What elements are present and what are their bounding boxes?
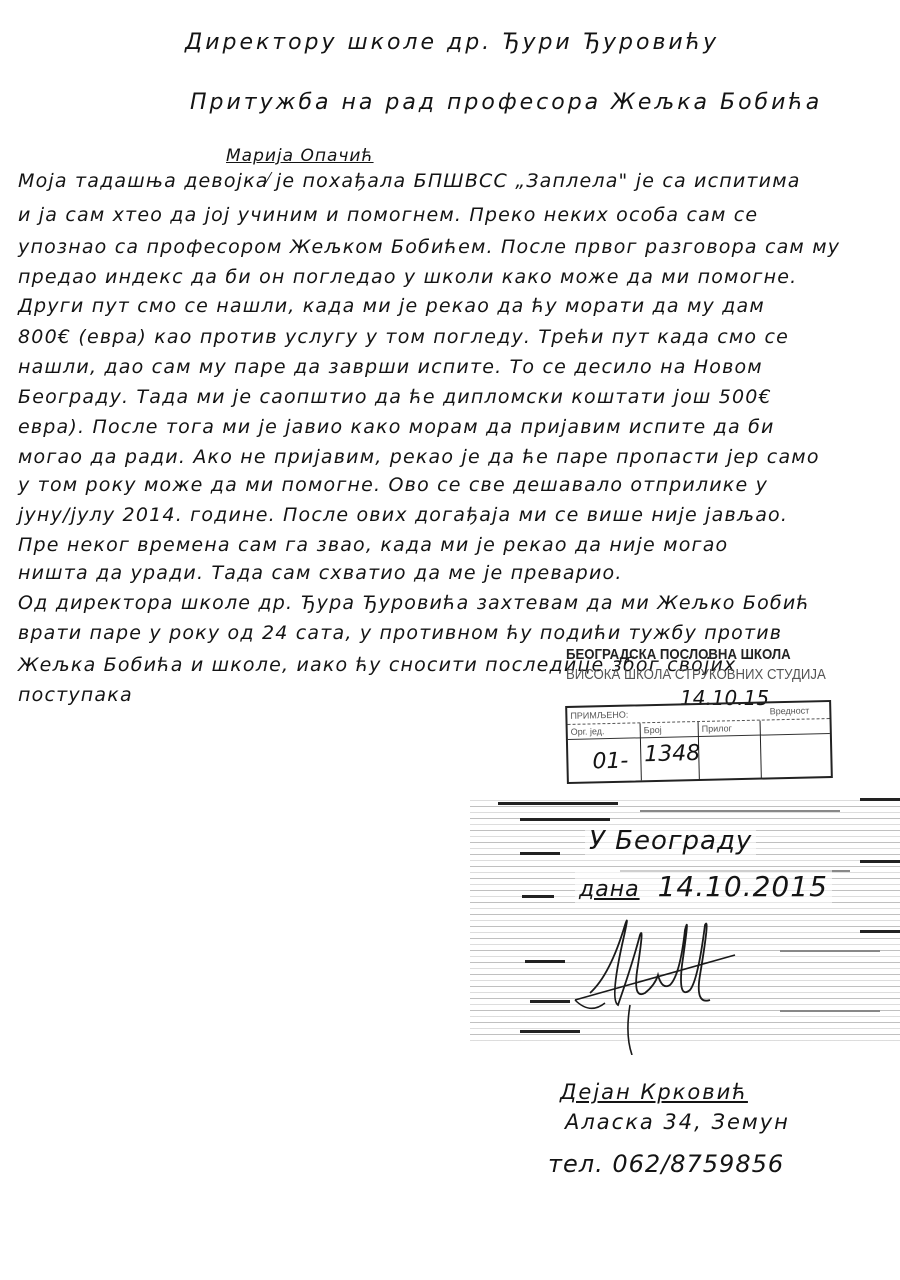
subject-line: Притужба на рад професора Жељка Бобића	[190, 90, 822, 115]
scan-artifact	[640, 810, 840, 812]
scan-artifact	[520, 852, 560, 855]
signature	[570, 905, 770, 1055]
scan-artifact	[520, 818, 610, 821]
insertion-text: Марија Опачић	[226, 146, 374, 166]
stamp-org-unit-value: 01-	[592, 749, 628, 775]
body-line: ништа да уради. Тада сам схватио да ме ј…	[18, 562, 623, 584]
scanned-letter-page: Директору школе др. Ђури Ђуровићу Притуж…	[0, 0, 900, 1280]
scan-artifact	[780, 950, 880, 952]
body-line: 800€ (евра) као против услугу у том погл…	[18, 326, 789, 348]
body-line: Моја тадашња девојка је похађала БПШВСС …	[18, 170, 801, 192]
stamp-received-label: ПРИМЉЕНО:	[570, 710, 628, 721]
body-line: поступака	[18, 684, 133, 706]
scan-artifact	[860, 930, 900, 933]
place-line: У Београду	[585, 826, 756, 856]
body-line: нашли, дао сам му паре да заврши испите.…	[18, 356, 763, 378]
stamp-number-value: 1348	[644, 741, 701, 767]
stamp-cell-attachment	[698, 721, 762, 779]
body-line: Други пут смо се нашли, када ми је рекао…	[18, 295, 765, 317]
stamp-institution-line2: ВИСОКА ШКОЛА СТРУКОВНИХ СТУДИЈА	[566, 666, 826, 683]
date-line: дана 14.10.2015	[575, 870, 832, 903]
body-line: врати паре у року од 24 сата, у противно…	[18, 622, 782, 644]
insertion-name: Марија Опачић	[226, 146, 374, 166]
scan-artifact	[860, 798, 900, 801]
body-line: Од директора школе др. Ђура Ђуровића зах…	[18, 592, 810, 614]
date-value: 14.10.2015	[658, 870, 828, 903]
body-line: могао да ради. Ако не пријавим, рекао је…	[18, 446, 820, 468]
addressee-line: Директору школе др. Ђури Ђуровићу	[185, 30, 719, 55]
scan-artifact	[860, 860, 900, 863]
stamp-table: ПРИМЉЕНО: Вредност Орг. јед. Број Прилог…	[565, 700, 833, 784]
body-line: упознао са професором Жељком Бобићем. По…	[18, 236, 840, 258]
signer-name: Дејан Крковић	[560, 1080, 748, 1104]
signer-phone: тел. 062/8759856	[548, 1150, 784, 1178]
body-line: у том року може да ми помогне. Ово се св…	[18, 474, 768, 496]
signer-address: Аласка 34, Земун	[565, 1110, 790, 1134]
body-line: предао индекс да би он погледао у школи …	[18, 266, 797, 288]
signer-name-text: Дејан Крковић	[560, 1080, 748, 1104]
scan-artifact	[525, 960, 565, 963]
scan-artifact	[780, 1010, 880, 1012]
body-line: јуну/јулу 2014. године. После ових догађ…	[18, 504, 788, 526]
body-line: и ја сам хтео да јој учиним и помогнем. …	[18, 204, 758, 226]
date-label: дана	[579, 877, 640, 902]
body-line: Пре неког времена сам га звао, када ми ј…	[18, 534, 728, 556]
stamp-institution-line1: БЕОГРАДСКА ПОСЛОВНА ШКОЛА	[566, 646, 791, 663]
scan-artifact	[498, 802, 618, 805]
body-line: евра). После тога ми је јавио како морам…	[18, 416, 775, 438]
scan-artifact	[530, 1000, 570, 1003]
stamp-value-label: Вредност	[770, 705, 810, 716]
scan-artifact	[522, 895, 554, 898]
body-line: Београду. Тада ми је саопштио да ће дипл…	[18, 386, 772, 408]
